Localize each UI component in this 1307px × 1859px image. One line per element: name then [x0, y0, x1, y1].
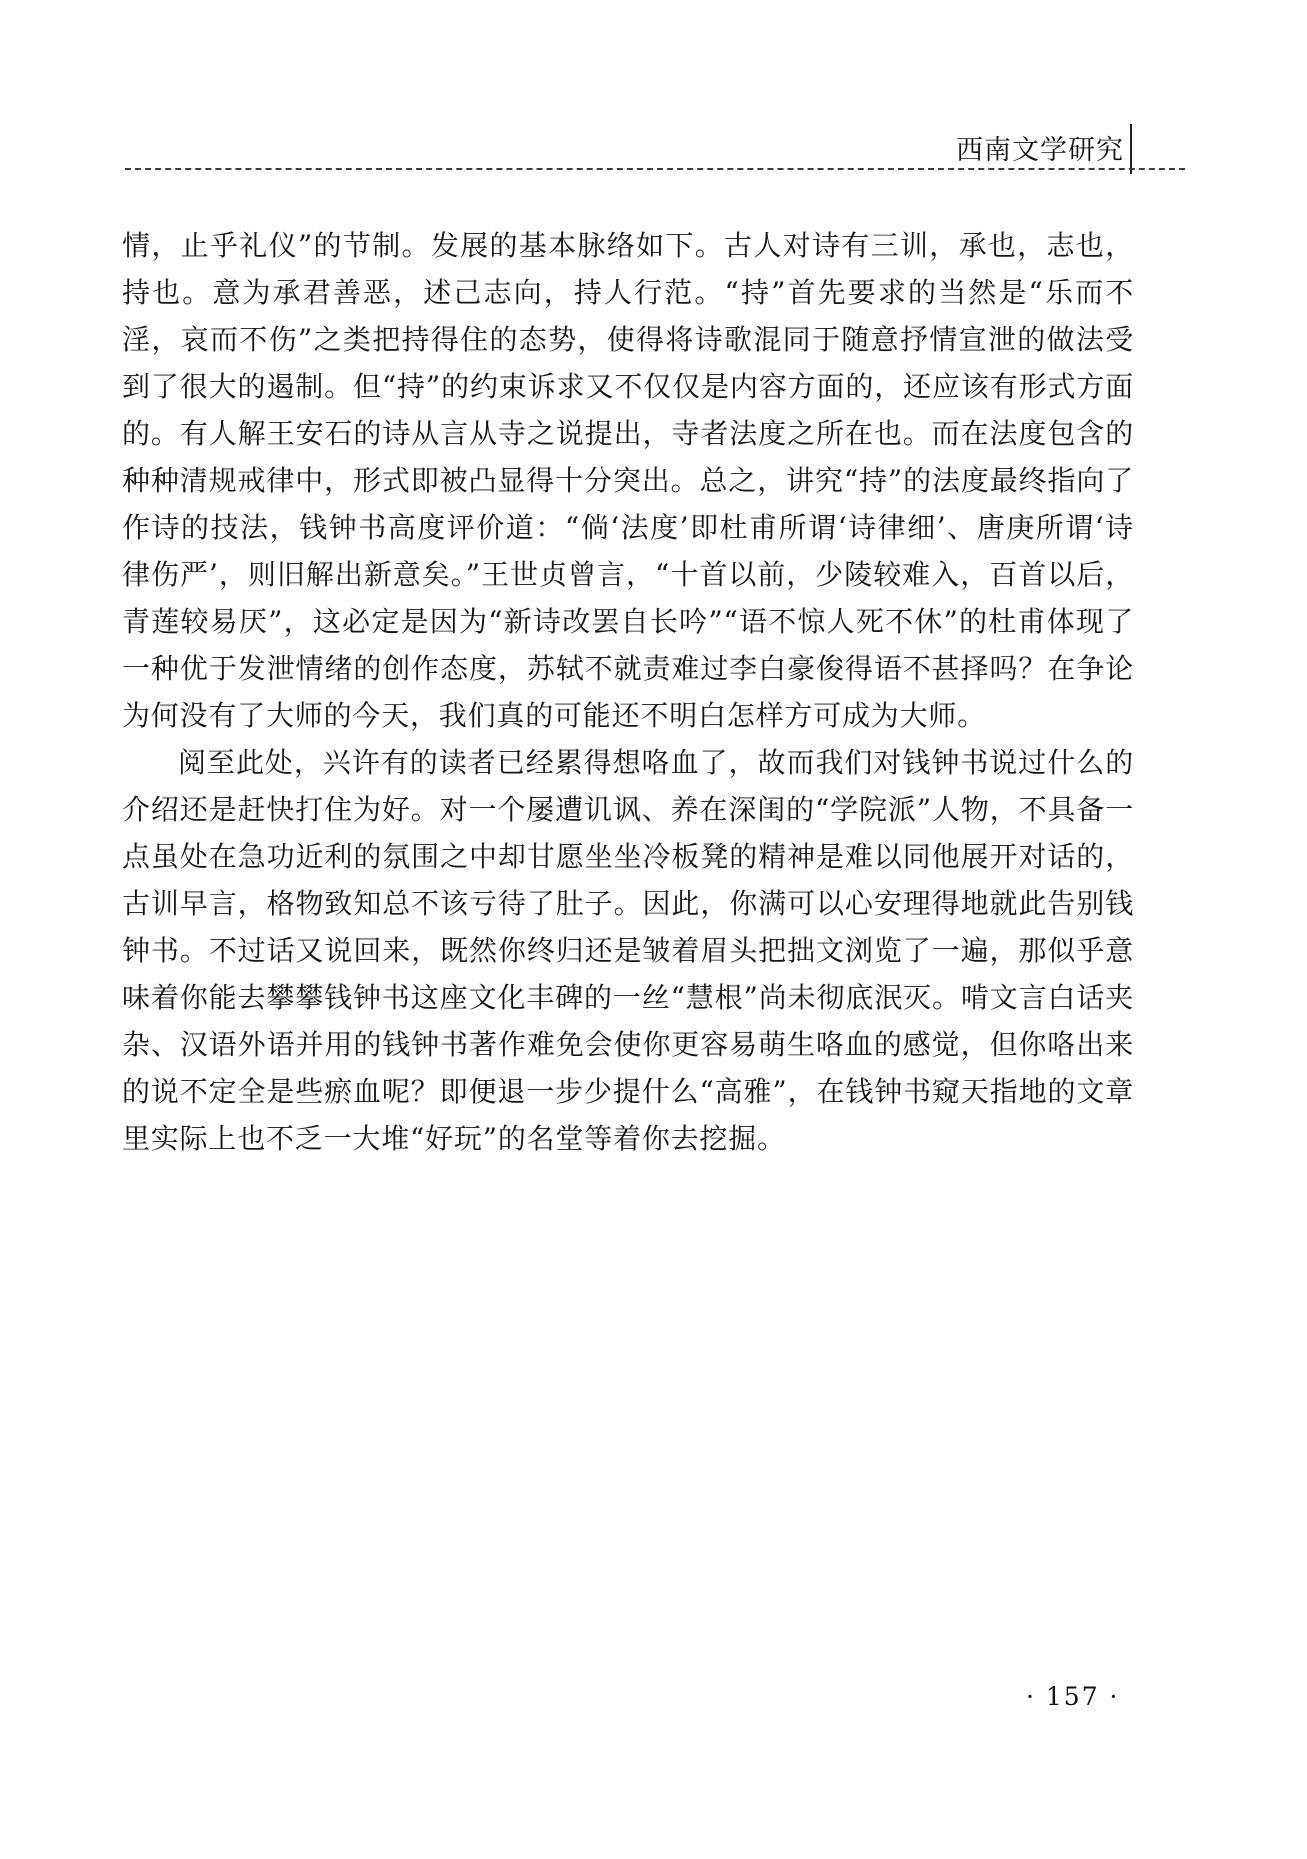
header-dashed-divider	[125, 168, 1185, 170]
header-vertical-rule	[1130, 124, 1132, 174]
document-page: 西南文学研究 情，止乎礼仪”的节制。发展的基本脉络如下。古人对诗有三训，承也，志…	[0, 0, 1307, 1859]
paragraph: 阅至此处，兴许有的读者已经累得想咯血了，故而我们对钱钟书说过什么的介绍还是赶快打…	[122, 739, 1134, 1162]
paragraph: 情，止乎礼仪”的节制。发展的基本脉络如下。古人对诗有三训，承也，志也，持也。意为…	[122, 222, 1134, 739]
page-number: · 157 ·	[1026, 1682, 1120, 1711]
running-head-journal-title: 西南文学研究	[956, 128, 1124, 167]
article-body: 情，止乎礼仪”的节制。发展的基本脉络如下。古人对诗有三训，承也，志也，持也。意为…	[122, 222, 1134, 1162]
